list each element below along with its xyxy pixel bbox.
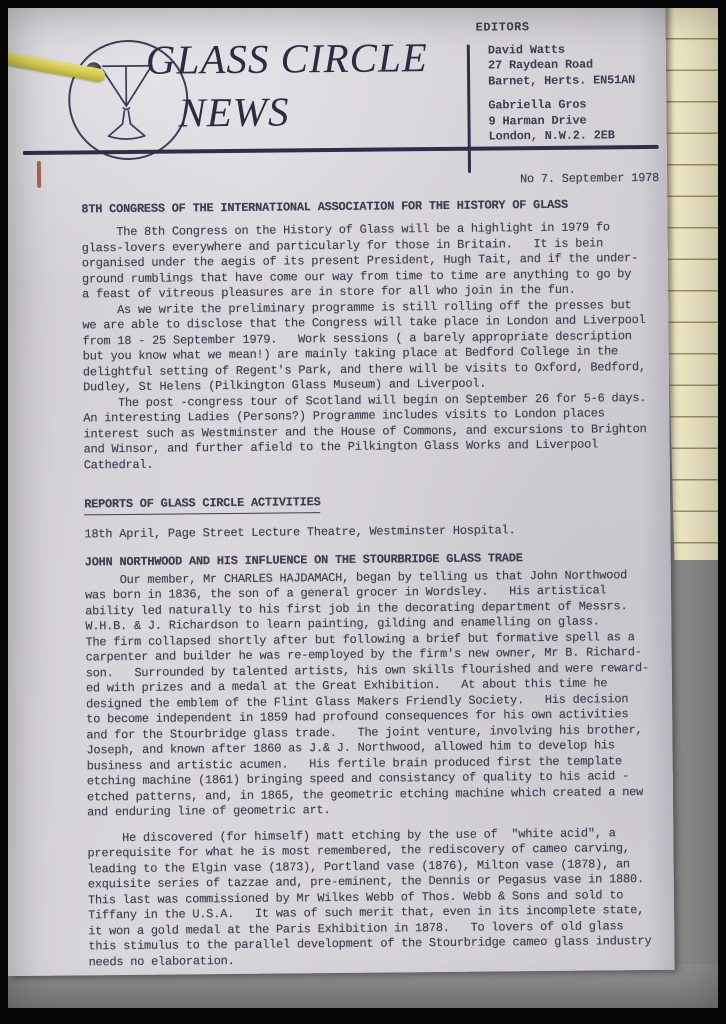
editor-entry: David Watts 27 Raydean Road Barnet, Hert…	[476, 42, 635, 90]
editor-address-line: Barnet, Herts. EN51AN	[488, 73, 635, 90]
congress-paragraph: The post -congress tour of Scotland will…	[83, 390, 662, 473]
northwood-paragraph: Our member, Mr CHARLES HAJDAMACH, began …	[85, 567, 665, 821]
editors-label: EDITORS	[476, 19, 635, 36]
issue-line: No 7. September 1978	[81, 171, 659, 192]
red-pen-mark	[37, 161, 41, 188]
editor-address-line: 27 Raydean Road	[488, 57, 635, 74]
newsletter-title: GLASS CIRCLENEWS	[146, 31, 429, 140]
editors-block: EDITORS David Watts 27 Raydean Road Barn…	[476, 19, 636, 145]
editor-name: Gabriella Gros	[488, 97, 635, 114]
photo-frame: GLASS CIRCLENEWS EDITORS David Watts 27 …	[0, 0, 726, 1024]
editors-rule	[467, 45, 471, 173]
reports-heading-text: REPORTS OF GLASS CIRCLE ACTIVITIES	[84, 495, 321, 515]
title-line-2: NEWS	[146, 84, 428, 140]
editor-entry: Gabriella Gros 9 Harman Drive London, N.…	[476, 97, 635, 145]
northwood-paragraph: He discovered (for himself) matt etching…	[87, 825, 666, 970]
editor-name: David Watts	[488, 42, 635, 59]
congress-paragraph: As we write the preliminary programme is…	[82, 297, 661, 396]
reports-heading: REPORTS OF GLASS CIRCLE ACTIVITIES	[84, 492, 662, 515]
congress-paragraph: The 8th Congress on the History of Glass…	[81, 220, 660, 303]
congress-heading: 8TH CONGRESS OF THE INTERNATIONAL ASSOCI…	[81, 196, 659, 217]
newsletter-photo: GLASS CIRCLENEWS EDITORS David Watts 27 …	[8, 8, 718, 1008]
session-line: 18th April, Page Street Lecture Theatre,…	[84, 521, 662, 542]
title-line-1: GLASS CIRCLE	[146, 34, 428, 83]
editor-address-line: London, N.W.2. 2EB	[489, 128, 636, 145]
newsletter-page: GLASS CIRCLENEWS EDITORS David Watts 27 …	[8, 8, 675, 976]
editor-address-line: 9 Harman Drive	[488, 113, 635, 130]
body-column: No 7. September 1978 8TH CONGRESS OF THE…	[81, 171, 667, 971]
